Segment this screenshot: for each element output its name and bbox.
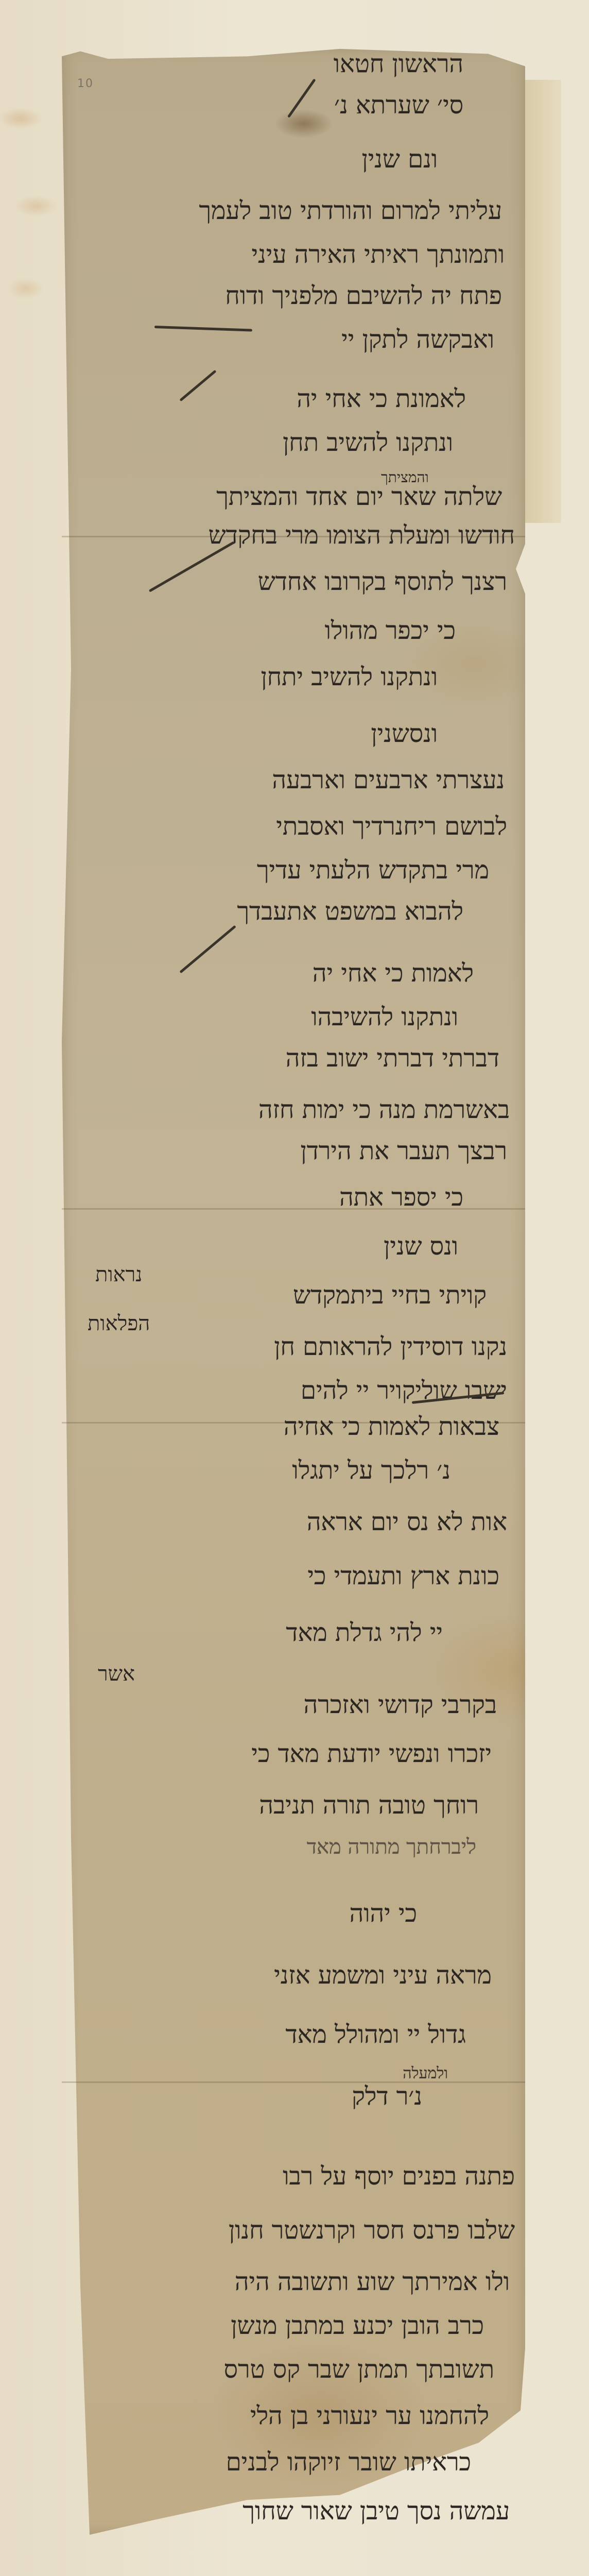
manuscript-line: כונת ארץ ותעמדי כי [307,1564,499,1588]
manuscript-line: סי׳ שערתא נ׳ [334,93,463,117]
manuscript-line: ולו אמירתך שוע ותשובה היה [235,2269,510,2294]
marginal-note: נראות [95,1262,142,1286]
marginal-note: הפלאות [88,1311,150,1335]
manuscript-line: ונתקנו להשיבהו [311,1005,458,1029]
manuscript-line: נ׳ רלכך על יתגלו [292,1458,451,1483]
manuscript-line: ותמונתך ראיתי האירה עיני [252,242,505,267]
manuscript-line: ונם שנין [361,147,438,172]
manuscript-line: רצנך לתוסף בקרובו אחדש [258,569,507,594]
manuscript-line: לאמונת כי אחי יה [297,386,466,411]
manuscript-line: דברתי דברתי ישוב בזה [286,1046,499,1071]
manuscript-line: ואבקשה לתקן יי [341,327,494,352]
manuscript-line: להבוא במשפט אתעבדך [237,899,463,924]
manuscript-line: ונסשנין [371,721,438,746]
manuscript-line: כראיתו שובר זיוקהו לבנים [226,2450,471,2475]
manuscript-line: תשובתך תמתן שבר קס טרס [224,2357,494,2382]
fold-line [62,2081,525,2083]
manuscript-line: בקרבי קדושי ואזכרה [304,1692,497,1717]
manuscript-line: יזכרו ונפשי יודעת מאד כי [251,1741,492,1766]
manuscript-line: כי יכפר מהולו [325,618,456,643]
manuscript-line: ולמעלה [403,2066,448,2081]
manuscript-line: ונתקנו להשיב תחן [283,430,453,455]
manuscript-line: חודשו ומעלת הצומו מרי בחקדש [209,523,515,548]
manuscript-line: רוחך טובה תורה תניבה [259,1793,479,1818]
manuscript-line: רבצך תעבר את הירדן [300,1139,507,1163]
manuscript-line: כי יספר אתה [339,1185,463,1210]
manuscript-line: ישבו שוליקויר יי להים [301,1378,507,1403]
manuscript-line: כרב הובן יכנע במתבן מנשן [231,2313,484,2338]
manuscript-line: באשרמת מנה כי ימות חזה [258,1097,510,1122]
manuscript-line: פתנה בפנים יוסף על רבו [283,2164,515,2189]
manuscript-line: שלתה שאר יום אחד והמציתך [216,484,502,509]
manuscript-line: פתח יה להשיבם מלפניך ודוח [225,283,502,308]
manuscript-line: הראשון חטאו [334,52,463,76]
manuscript-line: נעצרתי ארבעים וארבעה [272,768,505,792]
manuscript-line: מראה עיני ומשמע אזני [274,1963,492,1988]
manuscript-line: שלבו פרנס חסר וקרנשטר חנון [229,2218,515,2243]
manuscript-line: צבאות לאמות כי אחיה [284,1414,499,1439]
manuscript-line: אות לא נס יום אראה [307,1510,507,1534]
manuscript-line: מרי בתקדש הלעתי עדיך [257,858,489,883]
marginal-note: והמציתך [381,469,429,486]
folio-number: 10 [77,77,94,90]
manuscript-line: להחמנו ער ינעורני בן הלי [250,2403,489,2428]
manuscript-line: לבושם ריחנרדיך ואסבתי [276,814,507,839]
manuscript-line: ונתקנו להשיב יתחן [261,665,438,689]
manuscript-line: עמשה נסך טיבן שאור שחוך [242,2499,510,2523]
manuscript-line: גדול יי ומהולל מאד [286,2022,466,2047]
manuscript-line: כי יהוה [350,1901,417,1926]
marginal-note: אשר [98,1662,135,1686]
manuscript-line: נ׳ר דלק [352,2084,422,2109]
manuscript-line: עליתי למרום והורדתי טוב לעמך [199,198,502,223]
manuscript-line: ליברחתך מתורה מאד [307,1837,476,1857]
manuscript-line: ונס שנין [384,1234,458,1259]
manuscript-line: יי להי גדלת מאד [286,1620,443,1645]
manuscript-line: לאמות כי אחי יה [313,961,474,986]
manuscript-line: קויתי בחיי ביתמקדש [293,1283,487,1308]
manuscript-line: נקנו דוסידין להראותם חן [274,1334,507,1359]
